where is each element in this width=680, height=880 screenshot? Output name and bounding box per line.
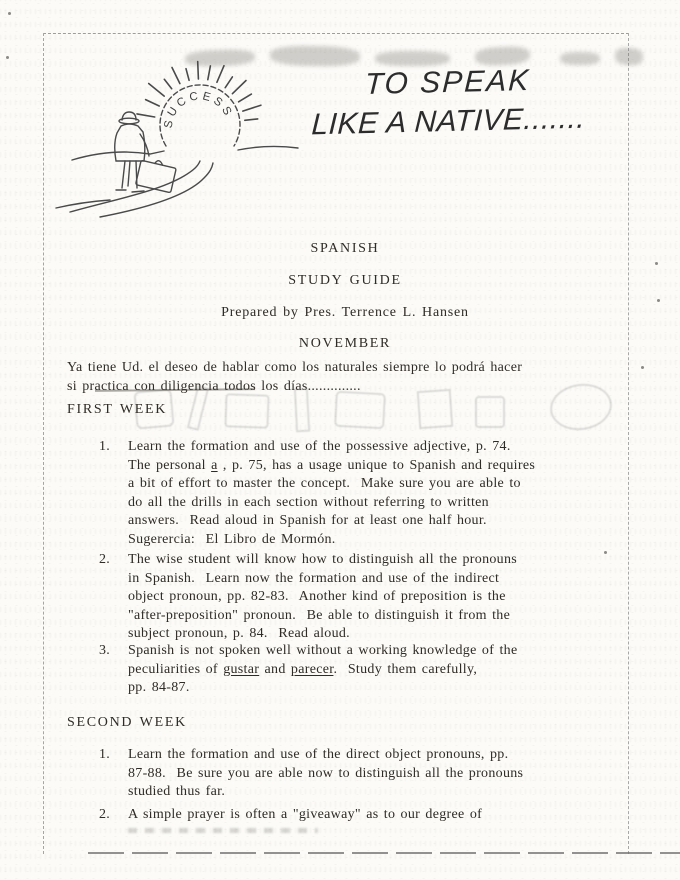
study-item: 2. A simple prayer is often a "giveaway"… <box>99 806 611 825</box>
cutoff-text-smudge <box>128 828 318 833</box>
item-text: Learn the formation and use of the posse… <box>128 438 611 550</box>
ghost-shape <box>475 396 505 428</box>
scan-speck <box>604 551 607 554</box>
scan-speck <box>655 262 658 265</box>
item-number: 2. <box>99 806 128 825</box>
ghost-shape <box>224 393 269 429</box>
title-byline: Prepared by Pres. Terrence L. Hansen <box>63 304 627 323</box>
ghost-shape <box>547 380 615 434</box>
ghost-shape <box>334 391 386 430</box>
success-arc-label: SUCCESS <box>163 90 236 129</box>
item-number: 1. <box>99 438 128 550</box>
study-item: 1. Learn the formation and use of the di… <box>99 746 611 802</box>
title-month: NOVEMBER <box>63 335 627 354</box>
title-subject: SPANISH <box>63 240 627 259</box>
section-heading-second-week: SECOND WEEK <box>67 714 187 733</box>
item-number: 3. <box>99 642 128 698</box>
scan-speck <box>8 12 11 15</box>
study-item: 1. Learn the formation and use of the po… <box>99 438 611 550</box>
ghost-shape <box>294 388 310 433</box>
scan-speck <box>641 366 644 369</box>
ghost-stamp-artifact <box>130 376 625 432</box>
study-item: 2. The wise student will know how to dis… <box>99 551 611 644</box>
item-text: The wise student will know how to distin… <box>128 551 611 644</box>
scan-speck <box>657 299 660 302</box>
slogan-line-1: TO SPEAK <box>295 62 600 103</box>
item-text: A simple prayer is often a "giveaway" as… <box>128 806 611 825</box>
ghost-shape <box>187 385 209 431</box>
title-doc-type: STUDY GUIDE <box>63 272 627 291</box>
bleed-blob <box>614 47 643 66</box>
scanned-document-page: SUCCESS TO SPEAK LIKE A NATIVE....... SP… <box>0 0 680 880</box>
study-item: 3. Spanish is not spoken well without a … <box>99 642 611 698</box>
horizon-line <box>72 146 298 160</box>
scan-speck <box>6 56 9 59</box>
item-text: Learn the formation and use of the direc… <box>128 746 611 802</box>
briefcase-icon <box>136 157 177 193</box>
slogan: TO SPEAK LIKE A NATIVE....... <box>295 62 601 142</box>
bleed-blob <box>375 51 450 66</box>
success-illustration: SUCCESS <box>52 60 302 220</box>
item-number: 1. <box>99 746 128 802</box>
ghost-shape <box>417 389 454 429</box>
road-path <box>56 161 213 217</box>
section-heading-first-week: FIRST WEEK <box>67 401 167 420</box>
item-number: 2. <box>99 551 128 644</box>
item-text: Spanish is not spoken well without a wor… <box>128 642 611 698</box>
bottom-edge-line <box>88 852 680 854</box>
